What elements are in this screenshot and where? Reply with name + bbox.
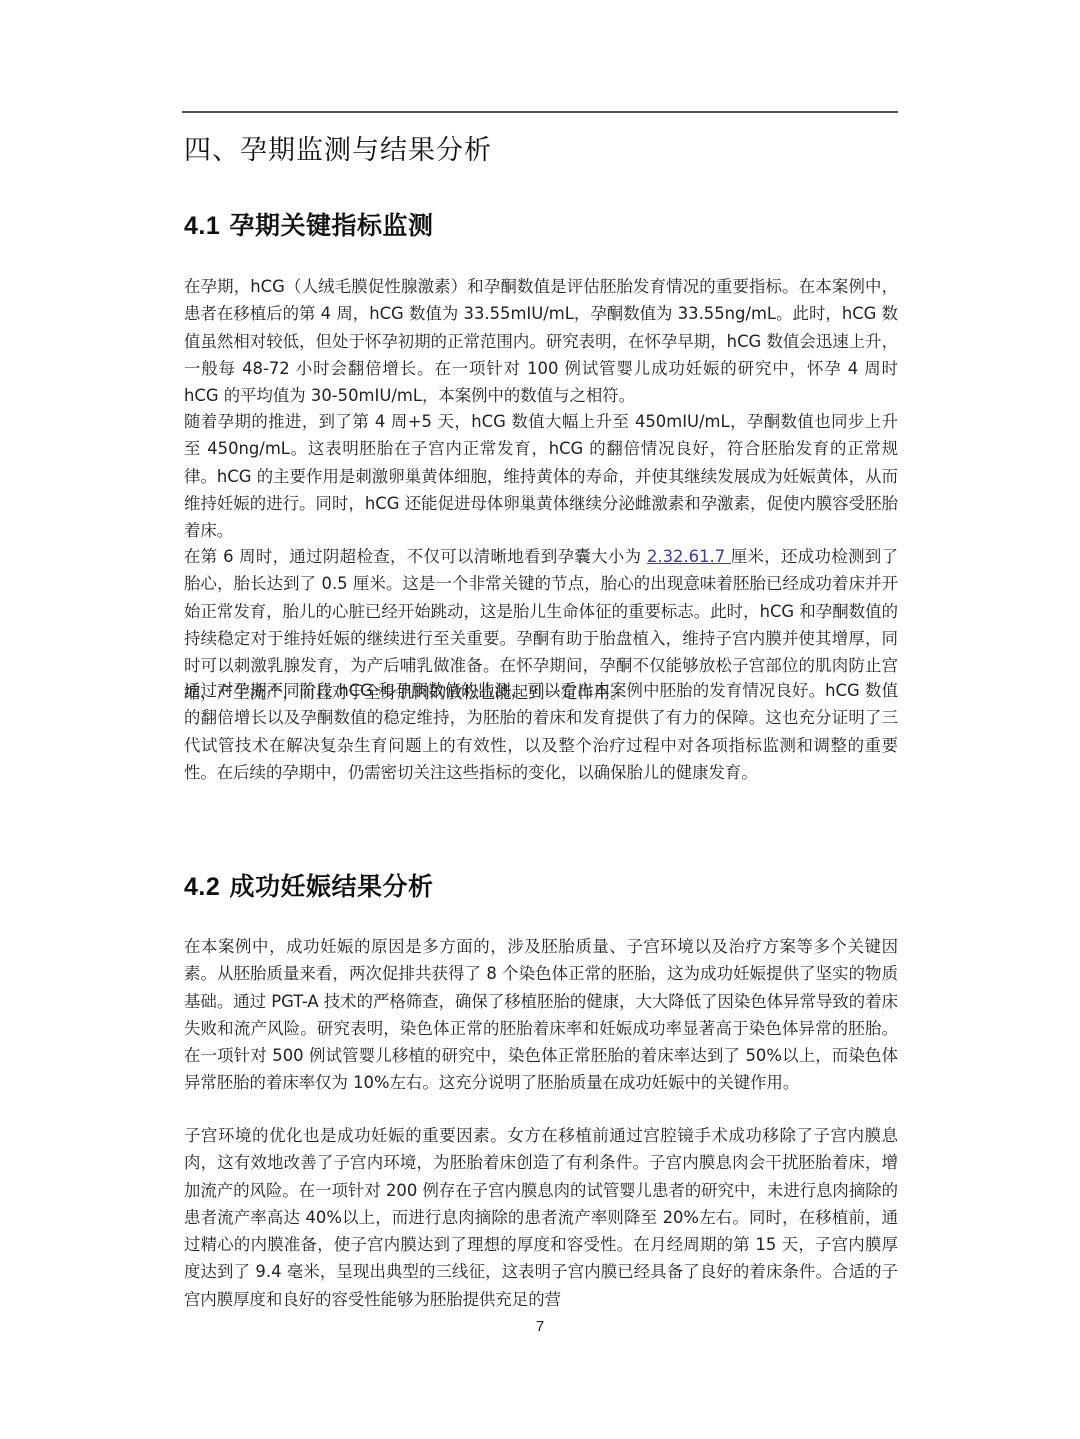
header-rule <box>182 111 898 113</box>
paragraph-text: 在第 6 周时，通过阴超检查，不仅可以清晰地看到孕囊大小为 <box>184 547 647 566</box>
size-link[interactable]: 2.32.61.7 <box>647 547 731 566</box>
page-number: 7 <box>0 1318 1080 1335</box>
paragraph: 在孕期，hCG（人绒毛膜促性腺激素）和孕酮数值是评估胚胎发育情况的重要指标。在本… <box>184 273 898 409</box>
section-title-text: 成功妊娠结果分析 <box>229 872 433 901</box>
section-number: 4.1 <box>184 212 220 240</box>
section-number: 4.2 <box>184 873 220 901</box>
section-title-4-1: 4.1 孕期关键指标监测 <box>184 206 434 242</box>
paragraph: 通过对孕期不同阶段 hCG 和孕酮数值的监测，可以看出本案例中胚胎的发育情况良好… <box>184 677 898 786</box>
section-title-text: 孕期关键指标监测 <box>229 211 433 240</box>
document-page: 四、孕期监测与结果分析 4.1 孕期关键指标监测 在孕期，hCG（人绒毛膜促性腺… <box>0 0 1080 1439</box>
paragraph: 在本案例中，成功妊娠的原因是多方面的，涉及胚胎质量、子宫环境以及治疗方案等多个关… <box>184 933 898 1097</box>
chapter-title: 四、孕期监测与结果分析 <box>184 128 492 167</box>
section-title-4-2: 4.2 成功妊娠结果分析 <box>184 867 434 903</box>
paragraph: 随着孕期的推进，到了第 4 周+5 天，hCG 数值大幅上升至 450mIU/m… <box>184 408 898 544</box>
paragraph: 子宫环境的优化也是成功妊娠的重要因素。女方在移植前通过宫腔镜手术成功移除了子宫内… <box>184 1122 898 1313</box>
